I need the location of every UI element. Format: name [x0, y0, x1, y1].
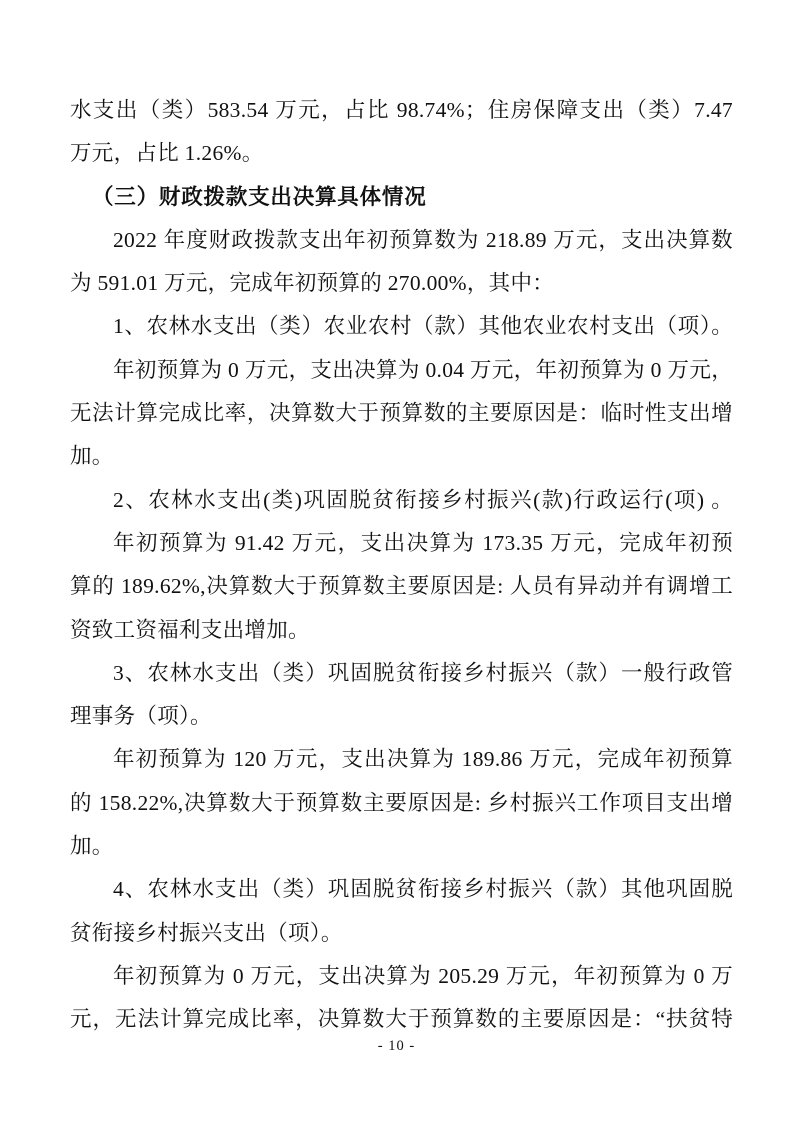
text-line: 算的 189.62%,决算数大于预算数主要原因是: 人员有异动并有调增工 [70, 565, 733, 608]
text-line: 1、农林水支出（类）农业农村（款）其他农业农村支出（项）。 [70, 305, 733, 348]
text-line: 加。 [70, 825, 733, 868]
text-line: 资致工资福利支出增加。 [70, 609, 733, 652]
text-line: 万元，占比 1.26%。 [70, 132, 733, 175]
section-heading: （三）财政拨款支出决算具体情况 [70, 176, 733, 219]
text-line: 年初预算为 0 万元，支出决算为 0.04 万元，年初预算为 0 万元， [70, 349, 733, 392]
text-line: 4、农林水支出（类）巩固脱贫衔接乡村振兴（款）其他巩固脱 [70, 868, 733, 911]
text-line: 为 591.01 万元，完成年初预算的 270.00%，其中： [70, 262, 733, 305]
text-line: 年初预算为 0 万元，支出决算为 205.29 万元，年初预算为 0 万 [70, 955, 733, 998]
text-line: 2、农林水支出(类)巩固脱贫衔接乡村振兴(款)行政运行(项) 。 [70, 479, 733, 522]
text-line: 理事务（项）。 [70, 695, 733, 738]
text-line: 贫衔接乡村振兴支出（项）。 [70, 912, 733, 955]
text-line: 无法计算完成比率，决算数大于预算数的主要原因是：临时性支出增 [70, 392, 733, 435]
page-number: - 10 - [0, 1036, 793, 1056]
text-line: 年初预算为 91.42 万元，支出决算为 173.35 万元，完成年初预 [70, 522, 733, 565]
text-line: 加。 [70, 435, 733, 478]
text-line: 水支出（类）583.54 万元，占比 98.74%；住房保障支出（类）7.47 [70, 89, 733, 132]
document-page: 水支出（类）583.54 万元，占比 98.74%；住房保障支出（类）7.47万… [0, 0, 793, 1122]
text-line: 的 158.22%,决算数大于预算数主要原因是: 乡村振兴工作项目支出增 [70, 782, 733, 825]
text-line: 3、农林水支出（类）巩固脱贫衔接乡村振兴（款）一般行政管 [70, 652, 733, 695]
document-body: 水支出（类）583.54 万元，占比 98.74%；住房保障支出（类）7.47万… [70, 89, 733, 1042]
text-line: 年初预算为 120 万元，支出决算为 189.86 万元，完成年初预算 [70, 738, 733, 781]
text-line: 2022 年度财政拨款支出年初预算数为 218.89 万元，支出决算数 [70, 219, 733, 262]
